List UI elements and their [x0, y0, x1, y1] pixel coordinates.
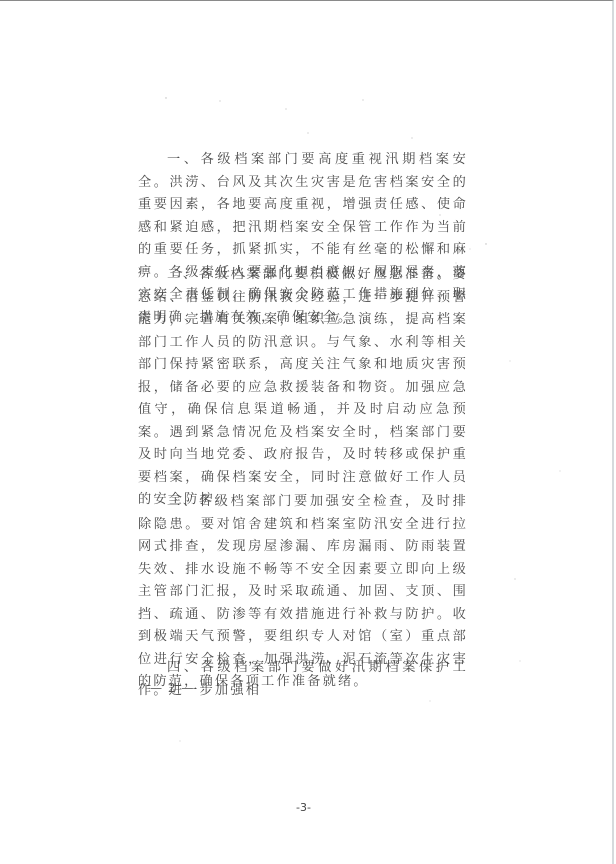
paragraph-2: 二、各级档案部门要积极做好应急准备。要总结、借鉴以往防汛救灾经验，进一步提升预警…	[138, 264, 468, 512]
scanned-document-page: 一、各级档案部门要高度重视汛期档案安全。洪涝、台风及其次生灾害是危害档案安全的重…	[0, 0, 614, 864]
inner-page-number: — 2 —	[150, 681, 194, 695]
paragraph-4: 四、各级档案部门要做好汛期档案保护工作。进一步加强相	[138, 657, 468, 702]
outer-page-number: -3-	[296, 801, 311, 814]
